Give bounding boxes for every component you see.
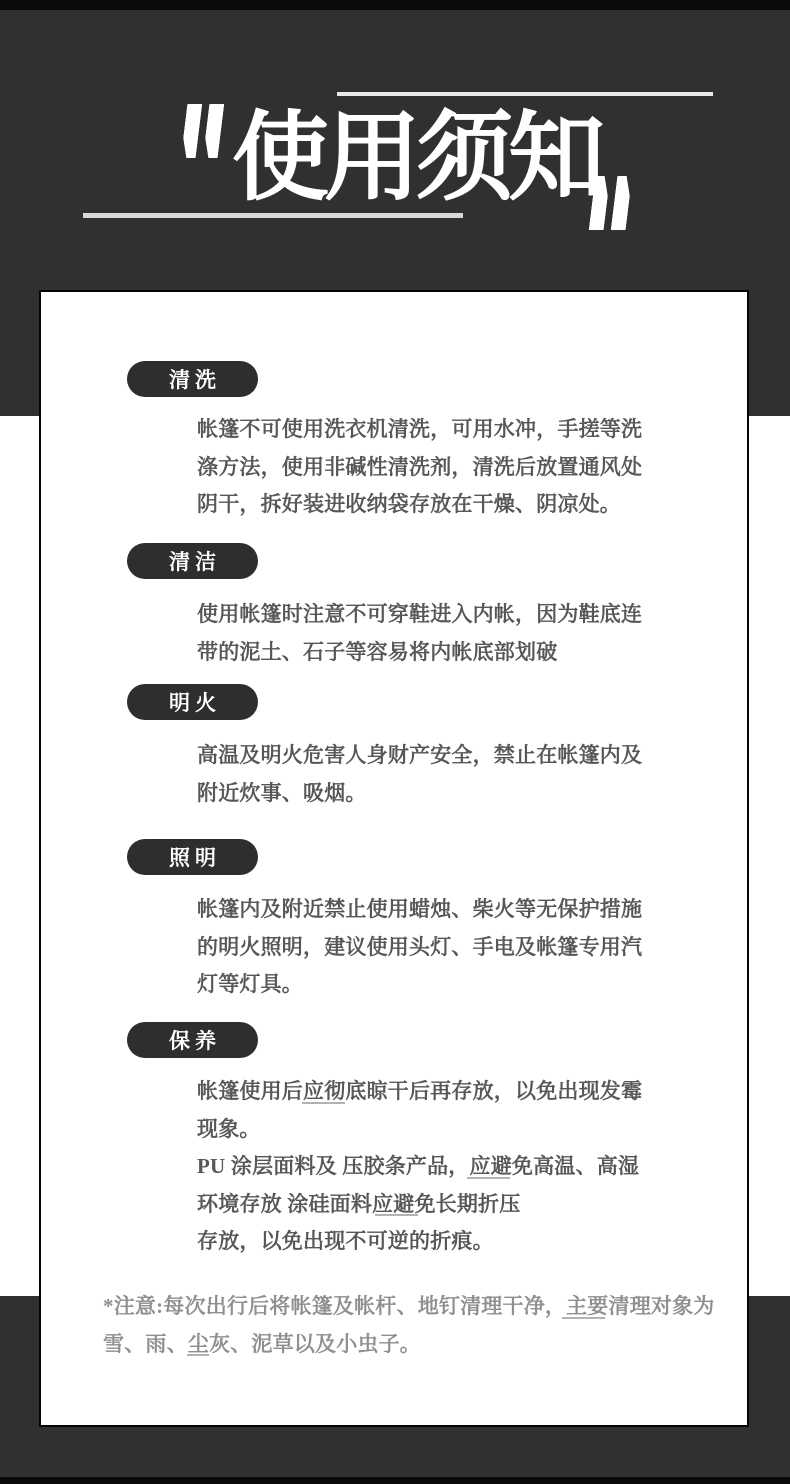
section-pill-label: 保养 <box>164 1025 221 1055</box>
section-body-washing: 帐篷不可使用洗衣机清洗，可用水冲，手搓等洗 涤方法，使用非碱性清洗剂，清洗后放置… <box>197 411 642 524</box>
section-body-lighting: 帐篷内及附近禁止使用蜡烛、柴火等无保护措施 的明火照明，建议使用头灯、手电及帐篷… <box>197 891 642 1004</box>
footnote: *注意:每次出行后将帐篷及帐杆、地钉清理干净，主要清理对象为 雪、雨、尘灰、泥草… <box>103 1288 715 1363</box>
product-usage-notice-page: 使用须知 清洗 帐篷不可使用洗衣机清洗，可用水冲，手搓等洗 涤方法，使用非碱性清… <box>0 0 790 1484</box>
section-pill-maintenance: 保养 <box>127 1022 258 1058</box>
open-quote-icon <box>184 104 221 158</box>
top-black-divider <box>0 0 790 10</box>
grammar-underline <box>562 1317 605 1319</box>
title-accent-line-bottom <box>83 213 463 218</box>
quote-bar <box>181 104 203 158</box>
quote-bar <box>589 176 611 230</box>
section-pill-label: 清洗 <box>164 364 221 394</box>
close-quote-icon <box>592 176 629 230</box>
grammar-underline <box>467 1177 510 1179</box>
section-body-cleaning: 使用帐篷时注意不可穿鞋进入内帐，因为鞋底连 带的泥土、石子等容易将内帐底部划破 <box>197 596 642 671</box>
section-pill-open-flame: 明火 <box>127 684 258 720</box>
section-body-maintenance: 帐篷使用后应彻底晾干后再存放，以免出现发霉 现象。 PU 涂层面料及 压胶条产品… <box>197 1073 642 1261</box>
bottom-black-divider <box>0 1477 790 1484</box>
page-title: 使用须知 <box>232 108 600 210</box>
section-pill-label: 清洁 <box>164 546 221 576</box>
section-pill-lighting: 照明 <box>127 839 258 875</box>
grammar-underline <box>187 1354 209 1356</box>
title-accent-line-top <box>337 92 713 96</box>
section-body-open-flame: 高温及明火危害人身财产安全，禁止在帐篷内及 附近炊事、吸烟。 <box>197 737 642 812</box>
section-pill-washing: 清洗 <box>127 361 258 397</box>
section-pill-label: 明火 <box>164 687 221 717</box>
section-pill-cleaning: 清洁 <box>127 543 258 579</box>
grammar-underline <box>302 1102 345 1104</box>
section-pill-label: 照明 <box>164 842 221 872</box>
grammar-underline <box>375 1214 418 1216</box>
